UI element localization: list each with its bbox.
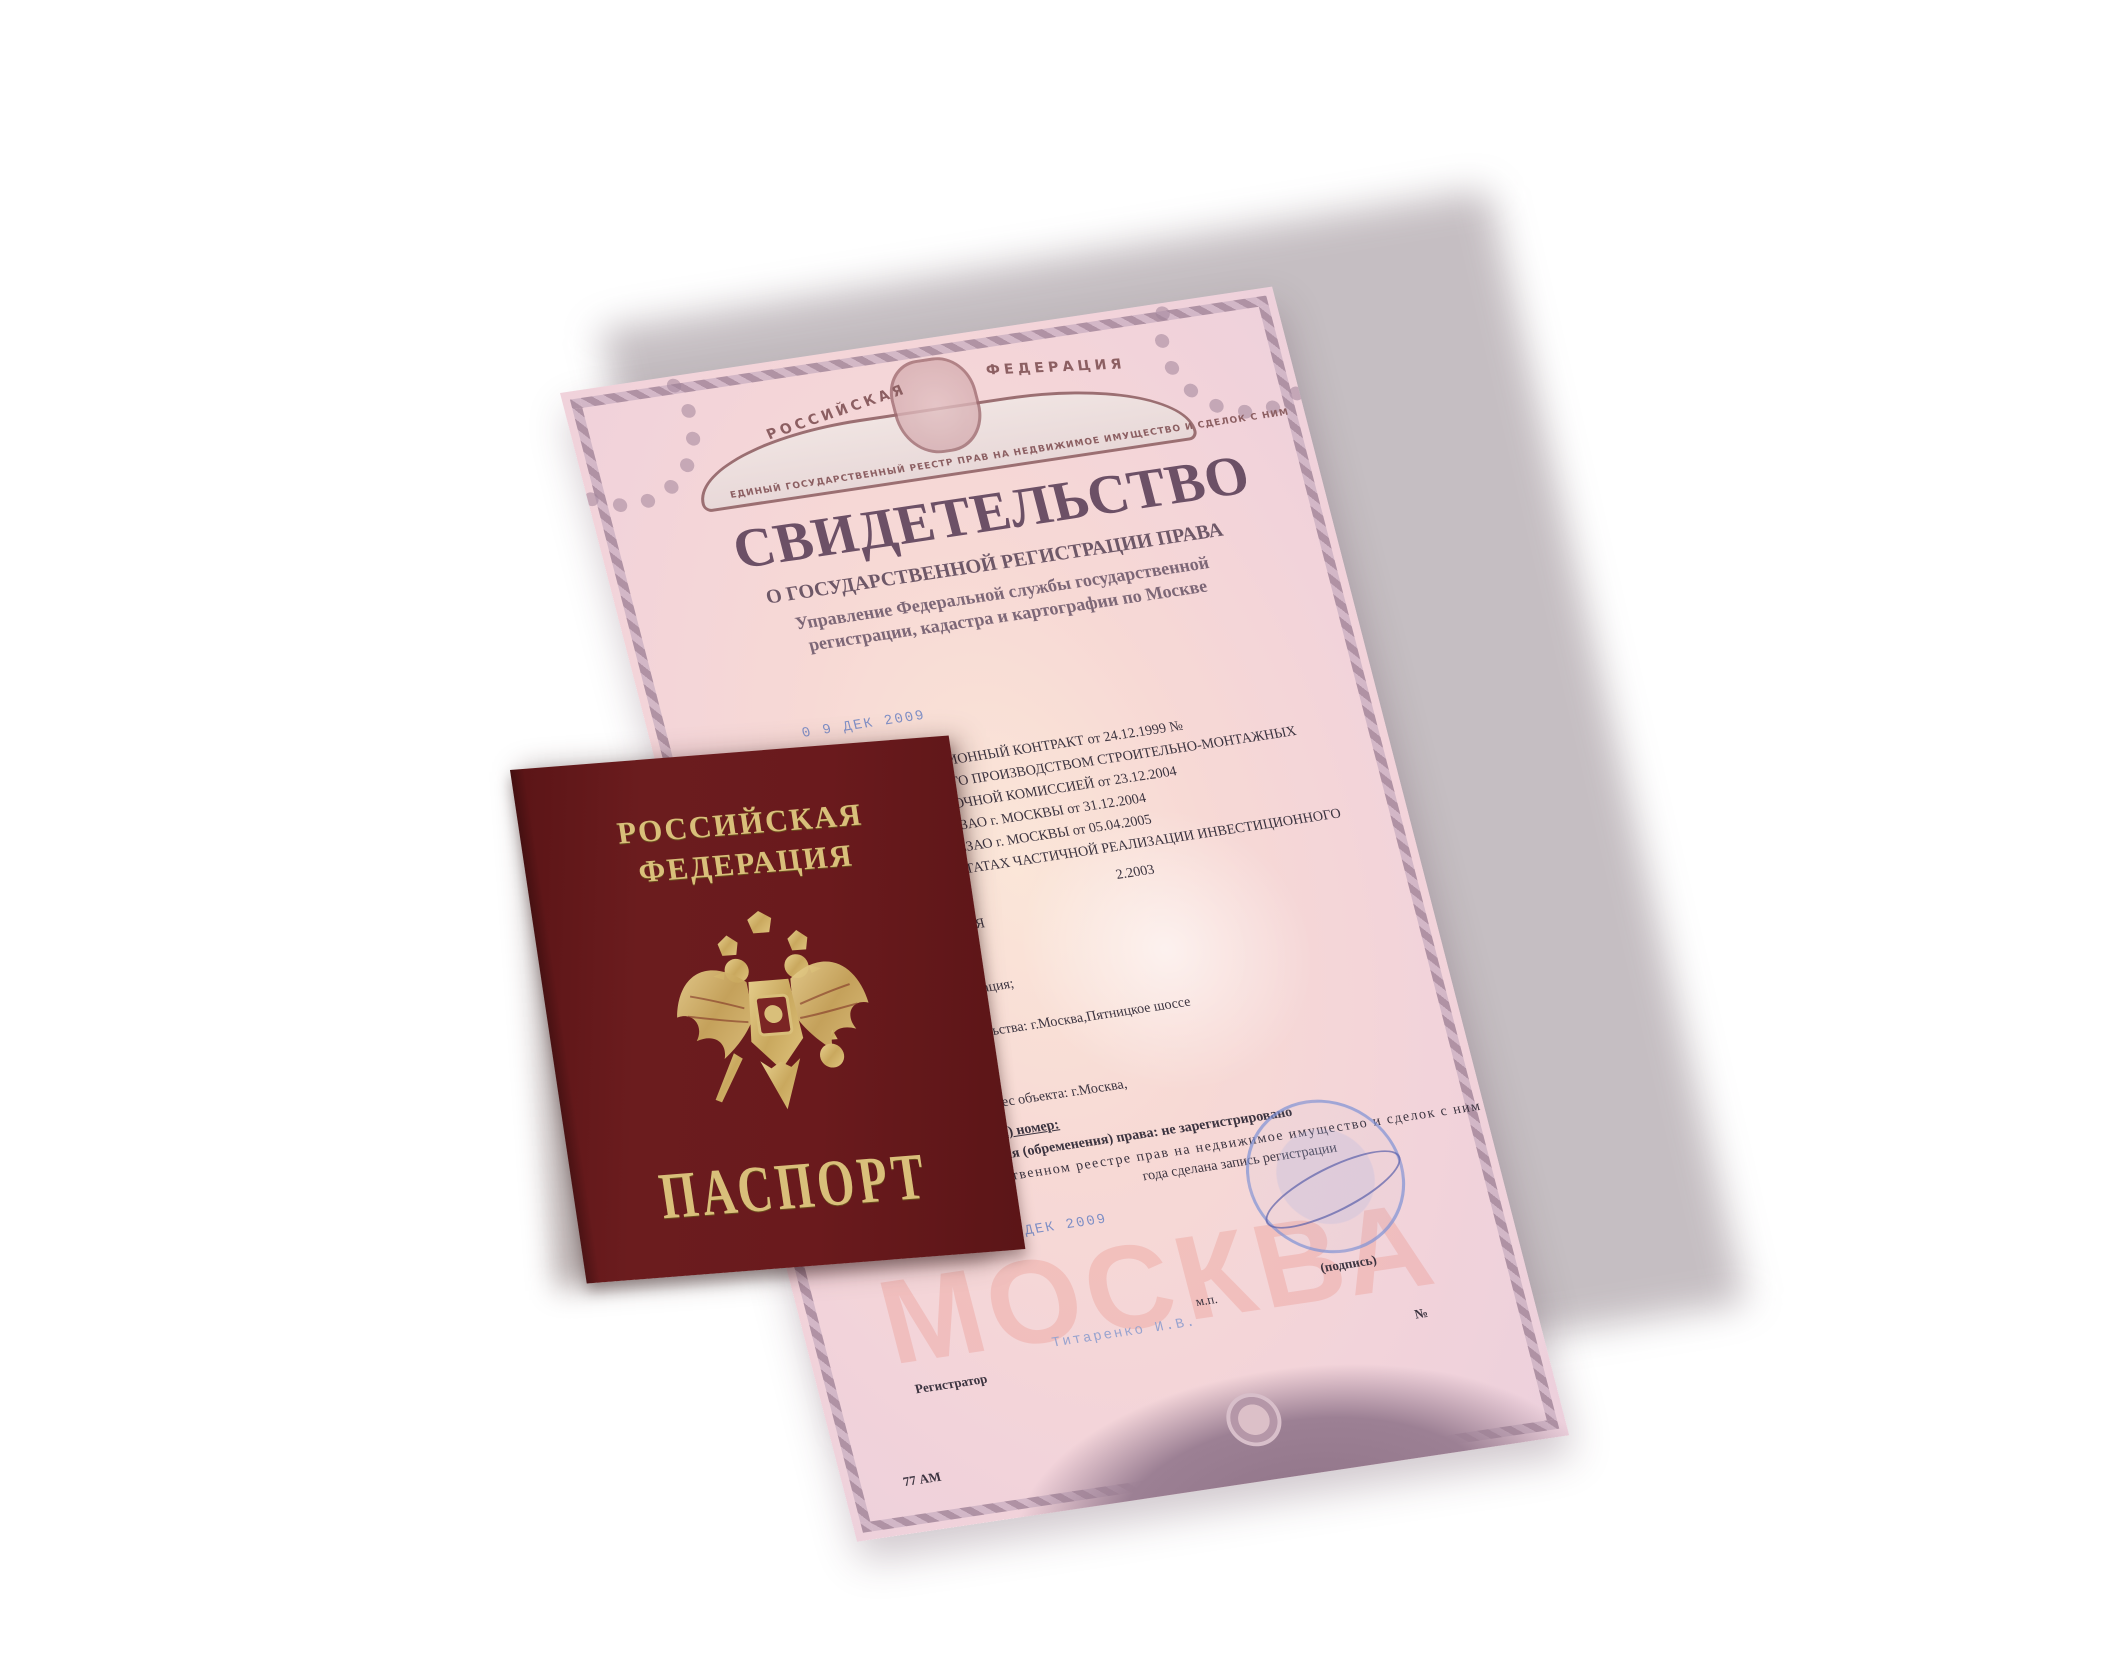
passport-title: ПАСПОРТ xyxy=(631,1137,958,1237)
passport-country: РОССИЙСКАЯ ФЕДЕРАЦИЯ xyxy=(518,787,968,901)
double-headed-eagle-icon xyxy=(658,903,888,1127)
russian-passport: РОССИЙСКАЯ ФЕДЕРАЦИЯ xyxy=(510,735,1025,1283)
seal-place-label: м.п. xyxy=(1194,1291,1219,1310)
